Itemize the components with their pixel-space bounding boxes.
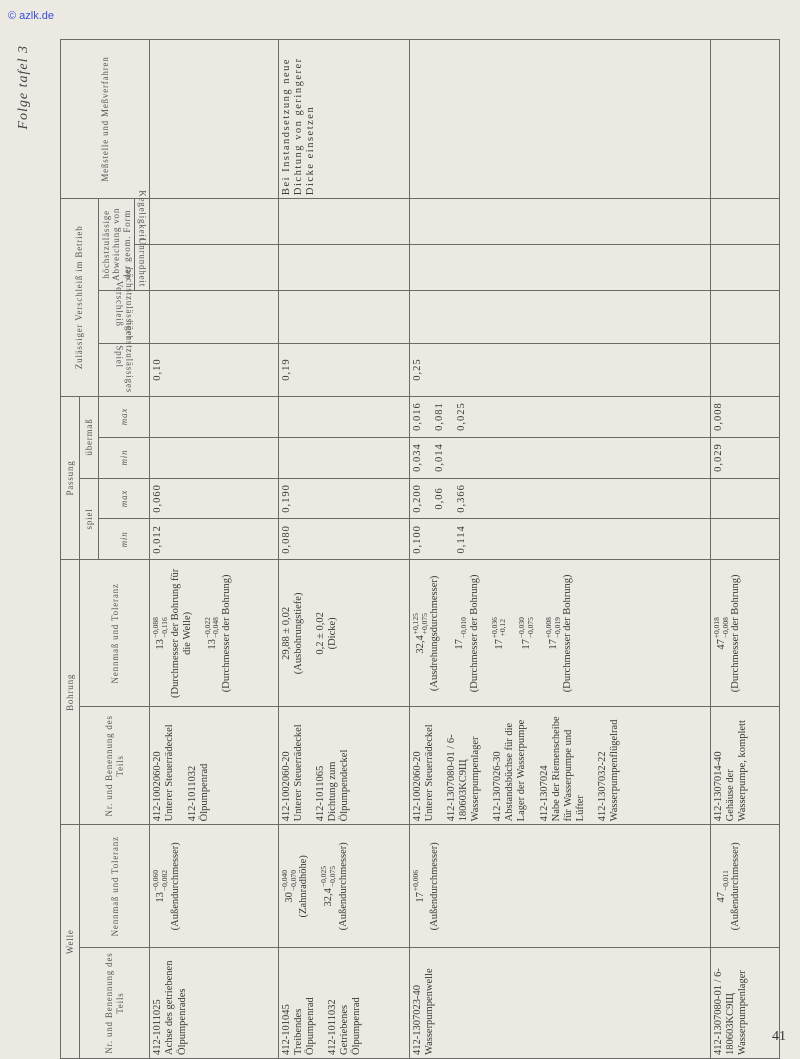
- tolerance-limits: −0,011: [713, 870, 730, 891]
- tolerance-entry: 13−0,022−0,048(Durchmesser der Bohrung): [204, 563, 233, 703]
- measurement-description: (Ausbohrungstiefe): [293, 563, 305, 703]
- measurement-description: (Durchmesser der Bohrung): [562, 563, 574, 703]
- uebermass-min-cell: [279, 437, 410, 478]
- nominal-size: 17: [494, 639, 505, 650]
- uebermass-max-cell: [150, 396, 279, 437]
- tolerance-cell: 30−0,040−0,070(Zahnradhöhe)32,4−0,025−0,…: [279, 825, 410, 948]
- part-entry: 412-1307023-40Wasserpumpenwelle: [412, 951, 436, 1055]
- tolerance-limits: −0,040−0,070: [281, 870, 298, 891]
- part-cell: 412-101045Treibendes Ölpumpenrad412-1011…: [279, 948, 410, 1059]
- value: 0,014: [434, 441, 446, 475]
- header-ueber-min: min: [99, 437, 150, 478]
- tolerance-cell: 13−0,088−0,116(Durchmesser der Bohrung f…: [150, 560, 279, 707]
- value: [434, 522, 446, 556]
- part-number: 412-1307026-30: [492, 710, 504, 821]
- rotated-table-frame: Folge tafel 3 Welle Bohrung Passung Zulä…: [60, 39, 780, 1059]
- tolerance-limits: +0,036+0,12: [491, 617, 508, 638]
- tolerance-limits: +0,006: [412, 870, 429, 891]
- hoechst-verschleiss-cell: [711, 290, 780, 343]
- tolerance-entry: 32,4−0,025−0,075(Außendurchmesser): [320, 828, 349, 944]
- part-name: Wasserpumpenlager: [737, 951, 749, 1055]
- kegeligkeit-cell: [410, 199, 711, 245]
- part-entry: 412-1011065Dichtung zum Ölpumpendeckel: [315, 710, 351, 821]
- table-row: 412-1011025Achse des getriebenen Ölpumpe…: [150, 40, 279, 1059]
- messstelle-cell: Bei Instandsetzung neue Dichtung von ger…: [279, 40, 410, 199]
- tolerance-entry: 17−0,030−0,075: [518, 563, 535, 703]
- part-number: 412-1011032: [187, 710, 199, 821]
- lower-deviation: −0,116: [161, 617, 170, 638]
- part-number: 412-1307023-40: [412, 951, 424, 1055]
- uebermass-max-cell: 0,0160,0810,025: [410, 396, 711, 437]
- value: 0,016: [412, 400, 424, 434]
- measurement-description: (Außendurchmesser): [338, 828, 350, 944]
- header-spiel-min: min: [99, 519, 150, 560]
- spiel-max-cell: [711, 478, 780, 519]
- lower-deviation: −0,075: [329, 866, 338, 887]
- part-entry: 412-1307024Nabe der Riemenscheibe für Wa…: [539, 710, 587, 821]
- part-name: Wasserpumpenlager: [470, 710, 482, 821]
- header-welle-nennmass: Nennmaß und Toleranz: [80, 825, 150, 948]
- measurement-description: (Außendurchmesser): [170, 828, 182, 944]
- tolerance-entry: 17 −0,010(Durchmesser der Bohrung): [451, 563, 480, 703]
- part-number: 412-1307032-22: [597, 710, 609, 821]
- kegeligkeit-cell: [279, 199, 410, 245]
- spiel-max-cell: 0,190: [279, 478, 410, 519]
- measurement-description: (Durchmesser der Bohrung): [221, 563, 233, 703]
- header-uebermass: übermaß: [80, 396, 99, 478]
- tolerance-limits: −0,060−0,082: [152, 870, 169, 891]
- part-name: Getriebenes Ölpumpenrad: [339, 951, 363, 1055]
- part-name: Wasserpumpenflügelrad: [609, 710, 621, 821]
- tolerance-limits: −0,022−0,048: [204, 617, 221, 638]
- part-entry: 412-1307080-01 / 6-180603KC9ЩWasserpumpe…: [713, 951, 749, 1055]
- table-row: 412-1307080-01 / 6-180603KC9ЩWasserpumpe…: [711, 40, 780, 1059]
- nominal-size: 17: [454, 639, 465, 650]
- part-entry: 412-1011025Achse des getriebenen Ölpumpe…: [152, 951, 188, 1055]
- messstelle-cell: [150, 40, 279, 199]
- tolerance-entry: 13−0,088−0,116(Durchmesser der Bohrung f…: [152, 563, 193, 703]
- measurement-description: (Durchmesser der Bohrung): [469, 563, 481, 703]
- spiel-max-cell: 0,060: [150, 478, 279, 519]
- part-cell: 412-1307014-40Gehäuse der Wasserpumpe, k…: [711, 707, 780, 825]
- hoechst-spiel-cell: 0,19: [279, 343, 410, 396]
- value: 0,012: [152, 522, 164, 556]
- hoechst-verschleiss-cell: [150, 290, 279, 343]
- hoechst-verschleiss-cell: [279, 290, 410, 343]
- nominal-size: 17: [415, 892, 426, 903]
- uebermass-max-cell: [279, 396, 410, 437]
- header-spiel-max: max: [99, 478, 150, 519]
- lower-deviation: +0,12: [499, 617, 508, 638]
- measurement-description: (Dicke): [327, 563, 339, 703]
- header-unrundheit: Unrundheit: [135, 244, 150, 290]
- tolerance-entry: 32,4+0,125+0,075(Ausdrehungsdurchmesser): [412, 563, 441, 703]
- tolerance-limits: +0,125+0,075: [412, 613, 429, 634]
- tolerance-limits: +0,008−0,019: [545, 617, 562, 638]
- part-name: Unterer Steuerrädeckel: [164, 710, 176, 821]
- measurement-description: (Ausdrehungsdurchmesser): [429, 563, 441, 703]
- value: 0,366: [456, 482, 468, 516]
- value: 0,080: [281, 522, 293, 556]
- value: 0,114: [456, 522, 468, 556]
- nominal-size: 47: [716, 639, 727, 650]
- value: 0,060: [152, 482, 164, 516]
- part-name: Unterer Steuerrädeckel: [424, 710, 436, 821]
- nominal-size: 32,4: [323, 888, 334, 906]
- header-verschleiss: Zulässiger Verschleiß im Betrieb: [61, 199, 99, 397]
- tolerance-entry: 47+0,018−0,008(Durchmesser der Bohrung): [713, 563, 742, 703]
- lower-deviation: −0,075: [527, 617, 536, 638]
- tolerance-entry: 30−0,040−0,070(Zahnradhöhe): [281, 828, 310, 944]
- nominal-size: 29,88 ± 0,02: [281, 607, 292, 660]
- tolerance-entry: 47 −0,011(Außendurchmesser): [713, 828, 742, 944]
- part-name: Achse des getriebenen Ölpumpenrades: [164, 951, 188, 1055]
- tolerance-cell: 32,4+0,125+0,075(Ausdrehungsdurchmesser)…: [410, 560, 711, 707]
- value: 0,034: [412, 441, 424, 475]
- part-name: Wasserpumpenwelle: [424, 951, 436, 1055]
- part-number: 412-1307014-40: [713, 710, 725, 821]
- nominal-size: 32,4: [415, 635, 426, 653]
- uebermass-min-cell: [150, 437, 279, 478]
- part-entry: 412-1002060-20Unterer Steuerrädeckel: [152, 710, 176, 821]
- measurement-description: (Zahnradhöhe): [298, 828, 310, 944]
- part-entry: 412-1002060-20Unterer Steuerrädeckel: [412, 710, 436, 821]
- tolerance-limits: −0,030−0,075: [518, 617, 535, 638]
- kegeligkeit-cell: [150, 199, 279, 245]
- value: 0,06: [434, 482, 446, 516]
- nominal-size: 17: [521, 639, 532, 650]
- tolerance-entry: 0,2 ± 0,02(Dicke): [315, 563, 339, 703]
- part-cell: 412-1011025Achse des getriebenen Ölpumpe…: [150, 948, 279, 1059]
- part-name: Unterer Steuerrädeckel: [293, 710, 305, 821]
- part-entry: 412-1011032Getriebenes Ölpumpenrad: [327, 951, 363, 1055]
- tolerance-limits: +0,018−0,008: [713, 617, 730, 638]
- table-row: 412-1307023-40Wasserpumpenwelle17+0,006 …: [410, 40, 711, 1059]
- unrundheit-cell: [150, 244, 279, 290]
- value: 0,008: [713, 400, 725, 434]
- watermark: © azlk.de: [8, 10, 54, 22]
- nominal-size: 13: [155, 639, 166, 650]
- part-number: 412-1011025: [152, 951, 164, 1055]
- unrundheit-cell: [711, 244, 780, 290]
- measurement-description: (Außendurchmesser): [730, 828, 742, 944]
- hoechst-verschleiss-cell: [410, 290, 711, 343]
- measurement-description: (Durchmesser der Bohrung für die Welle): [170, 563, 194, 703]
- part-cell: 412-1002060-20Unterer Steuerrädeckel412-…: [410, 707, 711, 825]
- part-entry: 412-101045Treibendes Ölpumpenrad: [281, 951, 317, 1055]
- unrundheit-cell: [410, 244, 711, 290]
- value: 0,100: [412, 522, 424, 556]
- part-entry: 412-1307080-01 / 6-180603KC9ЩWasserpumpe…: [446, 710, 482, 821]
- value: 0,190: [281, 482, 293, 516]
- part-number: 412-1307080-01 / 6-180603KC9Щ: [446, 710, 470, 821]
- part-cell: 412-1002060-20Unterer Steuerrädeckel412-…: [150, 707, 279, 825]
- table-body: 412-1011025Achse des getriebenen Ölpumpe…: [150, 40, 780, 1059]
- header-passung: Passung: [61, 396, 80, 560]
- tolerance-entry: 17+0,036+0,12: [491, 563, 508, 703]
- kegeligkeit-cell: [711, 199, 780, 245]
- header-welle-nr: Nr. und Benennung des Teils: [80, 948, 150, 1059]
- unrundheit-cell: [279, 244, 410, 290]
- nominal-size: 17: [548, 639, 559, 650]
- lower-deviation: −0,082: [161, 870, 170, 891]
- tolerance-limits: −0,025−0,075: [320, 866, 337, 887]
- part-number: 412-1002060-20: [412, 710, 424, 821]
- part-name: Nabe der Riemenscheibe für Wasserpumpe u…: [551, 710, 587, 821]
- tolerance-limits: −0,010: [451, 617, 468, 638]
- part-number: 412-1002060-20: [152, 710, 164, 821]
- part-name: Treibendes Ölpumpenrad: [293, 951, 317, 1055]
- header-ueber-max: max: [99, 396, 150, 437]
- part-name: Abstandsbüchse für die Lager der Wasserp…: [504, 710, 528, 821]
- header-hoechst-spiel: höchstzulässiges Spiel: [99, 343, 150, 396]
- part-name: Dichtung zum Ölpumpendeckel: [327, 710, 351, 821]
- tolerance-cell: 47 −0,011(Außendurchmesser): [711, 825, 780, 948]
- part-number: 412-1307024: [539, 710, 551, 821]
- nominal-size: 30: [284, 892, 295, 903]
- header-hoechst-verschleiss: höchstzulässiger Verschleiß: [99, 290, 150, 343]
- tolerance-entry: 29,88 ± 0,02(Ausbohrungstiefe): [281, 563, 305, 703]
- messstelle-cell: [711, 40, 780, 199]
- lower-deviation: −0,070: [290, 870, 299, 891]
- table-caption: Folge tafel 3: [16, 45, 32, 130]
- header-welle: Welle: [61, 825, 80, 1059]
- part-number: 412-1011032: [327, 951, 339, 1055]
- nominal-size: 0,2 ± 0,02: [315, 612, 326, 655]
- header-bohrung: Bohrung: [61, 560, 80, 825]
- part-name: Gehäuse der Wasserpumpe, komplett: [725, 710, 749, 821]
- lower-deviation: +0,075: [421, 613, 430, 634]
- wear-tolerance-table: Welle Bohrung Passung Zulässiger Verschl…: [60, 39, 780, 1059]
- spiel-max-cell: 0,2000,060,366: [410, 478, 711, 519]
- hoechst-spiel-cell: [711, 343, 780, 396]
- part-number: 412-101045: [281, 951, 293, 1055]
- uebermass-min-cell: 0,029: [711, 437, 780, 478]
- lower-deviation: −0,011: [722, 870, 731, 891]
- header-bohrung-nr: Nr. und Benennung des Teils: [80, 707, 150, 825]
- part-entry: 412-1307032-22Wasserpumpenflügelrad: [597, 710, 621, 821]
- tolerance-cell: 17+0,006 (Außendurchmesser): [410, 825, 711, 948]
- part-entry: 412-1002060-20Unterer Steuerrädeckel: [281, 710, 305, 821]
- part-name: Ölpumpenrad: [199, 710, 211, 821]
- tolerance-cell: 47+0,018−0,008(Durchmesser der Bohrung): [711, 560, 780, 707]
- lower-deviation: −0,048: [212, 617, 221, 638]
- spiel-min-cell: 0,080: [279, 519, 410, 560]
- nominal-size: 47: [716, 892, 727, 903]
- messstelle-cell: [410, 40, 711, 199]
- measurement-description: (Durchmesser der Bohrung): [730, 563, 742, 703]
- uebermass-min-cell: 0,0340,014: [410, 437, 711, 478]
- hoechst-spiel-cell: 0,10: [150, 343, 279, 396]
- tolerance-entry: 13−0,060−0,082(Außendurchmesser): [152, 828, 181, 944]
- part-cell: 412-1307023-40Wasserpumpenwelle: [410, 948, 711, 1059]
- value: 0,081: [434, 400, 446, 434]
- lower-deviation: −0,008: [722, 617, 731, 638]
- part-entry: 412-1307014-40Gehäuse der Wasserpumpe, k…: [713, 710, 749, 821]
- header-kegeligkeit: Kegeligkeit: [135, 199, 150, 245]
- spiel-min-cell: 0,012: [150, 519, 279, 560]
- spiel-min-cell: 0,100 0,114: [410, 519, 711, 560]
- header-messstelle: Meßstelle und Meßverfahren: [61, 40, 150, 199]
- tolerance-cell: 13−0,060−0,082(Außendurchmesser): [150, 825, 279, 948]
- part-cell: 412-1002060-20Unterer Steuerrädeckel412-…: [279, 707, 410, 825]
- part-number: 412-1307080-01 / 6-180603KC9Щ: [713, 951, 737, 1055]
- lower-deviation: −0,019: [554, 617, 563, 638]
- part-entry: 412-1011032Ölpumpenrad: [187, 710, 211, 821]
- header-bohrung-nennmass: Nennmaß und Toleranz: [80, 560, 150, 707]
- lower-deviation: −0,010: [460, 617, 469, 638]
- tolerance-entry: 17+0,006 (Außendurchmesser): [412, 828, 441, 944]
- spiel-min-cell: [711, 519, 780, 560]
- nominal-size: 13: [207, 639, 218, 650]
- part-number: 412-1002060-20: [281, 710, 293, 821]
- hoechst-spiel-cell: 0,25: [410, 343, 711, 396]
- nominal-size: 13: [155, 892, 166, 903]
- part-cell: 412-1307080-01 / 6-180603KC9ЩWasserpumpe…: [711, 948, 780, 1059]
- part-entry: 412-1307026-30Abstandsbüchse für die Lag…: [492, 710, 528, 821]
- tolerance-entry: 17+0,008−0,019(Durchmesser der Bohrung): [545, 563, 574, 703]
- tolerance-cell: 29,88 ± 0,02(Ausbohrungstiefe)0,2 ± 0,02…: [279, 560, 410, 707]
- tolerance-limits: −0,088−0,116: [152, 617, 169, 638]
- uebermass-max-cell: 0,008: [711, 396, 780, 437]
- value: 0,029: [713, 441, 725, 475]
- value: 0,025: [456, 400, 468, 434]
- measurement-description: (Außendurchmesser): [429, 828, 441, 944]
- table-row: 412-101045Treibendes Ölpumpenrad412-1011…: [279, 40, 410, 1059]
- lower-deviation: [421, 870, 430, 891]
- part-number: 412-1011065: [315, 710, 327, 821]
- header-spiel: spiel: [80, 478, 99, 560]
- value: 0,200: [412, 482, 424, 516]
